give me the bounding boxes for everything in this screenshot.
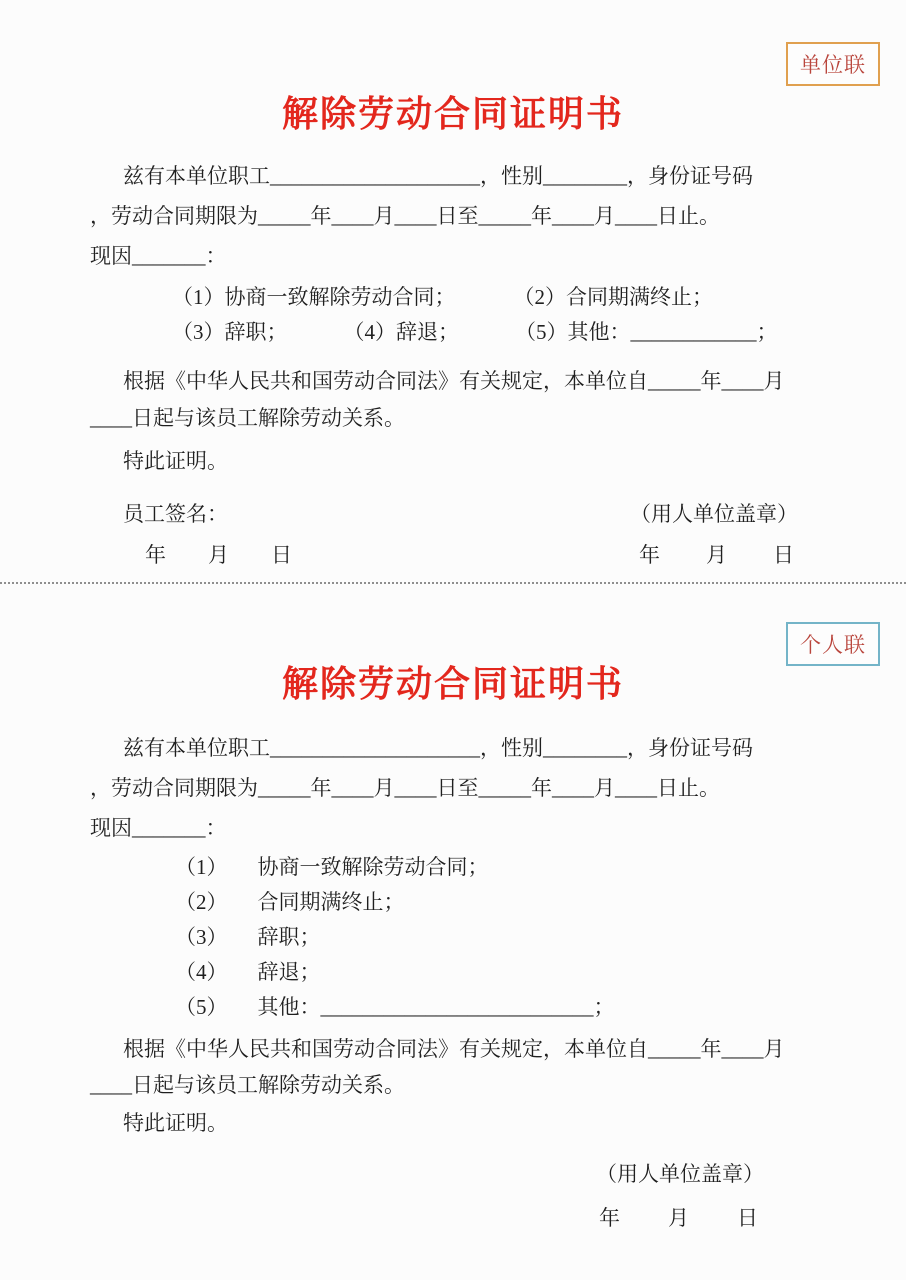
personal-reason-list: （1） 协商一致解除劳动合同； （2） 合同期满终止； （3） 辞职； （4） … — [175, 850, 816, 1025]
unit-copy-title: 解除劳动合同证明书 — [0, 86, 906, 137]
personal-legal-paragraph: 根据《中华人民共和国劳动合同法》有关规定，本单位自_____年____月 ___… — [90, 1031, 816, 1103]
unit-reason-label: 现因_______： — [90, 236, 816, 276]
reason-marker: （5） — [175, 990, 228, 1025]
personal-legal-line-1: 根据《中华人民共和国劳动合同法》有关规定，本单位自_____年____月 — [90, 1031, 816, 1067]
unit-employer-date: 年 月 日 — [593, 537, 794, 573]
personal-reason-label: 现因_______： — [90, 808, 816, 848]
personal-reason-2: （2） 合同期满终止； — [175, 885, 816, 920]
date-month-label: 月 — [706, 537, 727, 573]
unit-certify-line: 特此证明。 — [90, 441, 816, 481]
employee-signature-label: 员工签名： — [123, 496, 228, 532]
unit-reason-1: （1）协商一致解除劳动合同； — [172, 280, 456, 315]
date-year-label: 年 — [639, 537, 660, 573]
date-month-label: 月 — [668, 1199, 689, 1237]
date-day-label: 日 — [773, 537, 794, 573]
personal-employer-date: 年 月 日 — [90, 1199, 816, 1237]
unit-legal-line-1: 根据《中华人民共和国劳动合同法》有关规定，本单位自_____年____月 — [90, 363, 816, 400]
personal-copy-body: 兹有本单位职工____________________，性别________，身… — [90, 728, 816, 1237]
unit-reason-row-2: （3）辞职； （4）辞退； （5）其他：____________； — [172, 315, 816, 350]
unit-legal-paragraph: 根据《中华人民共和国劳动合同法》有关规定，本单位自_____年____月 ___… — [90, 363, 816, 437]
personal-certify-line: 特此证明。 — [90, 1103, 816, 1143]
unit-reason-4: （4）辞退； — [344, 315, 460, 350]
unit-employer-seal-label: （用人单位盖章） — [630, 496, 798, 532]
reason-marker: （4） — [175, 955, 228, 990]
unit-copy-badge: 单位联 — [786, 42, 880, 86]
date-day-label: 日 — [737, 1199, 758, 1237]
unit-reason-2: （2）合同期满终止； — [514, 280, 714, 315]
reason-text: 协商一致解除劳动合同； — [258, 850, 489, 885]
personal-reason-4: （4） 辞退； — [175, 955, 816, 990]
unit-date-row: 年 月 日 年 月 日 — [90, 537, 816, 573]
unit-copy-body: 兹有本单位职工____________________，性别________，身… — [90, 156, 816, 573]
date-day-label: 日 — [271, 537, 292, 573]
personal-reason-1: （1） 协商一致解除劳动合同； — [175, 850, 816, 885]
personal-reason-5: （5） 其他：__________________________； — [175, 990, 816, 1025]
unit-intro-line-2: ，劳动合同期限为_____年____月____日至_____年____月____… — [90, 196, 816, 236]
unit-signature-row: 员工签名： （用人单位盖章） — [90, 496, 816, 532]
personal-copy-title: 解除劳动合同证明书 — [0, 656, 906, 707]
unit-intro-line-1: 兹有本单位职工____________________，性别________，身… — [90, 156, 816, 196]
unit-employee-date: 年 月 日 — [145, 537, 334, 573]
unit-legal-line-2: ____日起与该员工解除劳动关系。 — [90, 400, 816, 437]
reason-marker: （3） — [175, 920, 228, 955]
personal-intro-line-1: 兹有本单位职工____________________，性别________，身… — [90, 728, 816, 768]
date-month-label: 月 — [208, 537, 229, 573]
termination-certificate-sheet: 单位联 解除劳动合同证明书 兹有本单位职工___________________… — [0, 0, 906, 1280]
unit-reason-5: （5）其他：____________； — [515, 315, 778, 350]
unit-reason-3: （3）辞职； — [172, 315, 288, 350]
reason-text: 其他：__________________________； — [258, 990, 615, 1025]
personal-legal-line-2: ____日起与该员工解除劳动关系。 — [90, 1067, 816, 1103]
reason-marker: （1） — [175, 850, 228, 885]
perforation-divider — [0, 582, 906, 584]
date-year-label: 年 — [599, 1199, 620, 1237]
reason-text: 辞职； — [258, 920, 321, 955]
personal-employer-seal-label: （用人单位盖章） — [90, 1155, 816, 1193]
date-year-label: 年 — [145, 537, 166, 573]
reason-marker: （2） — [175, 885, 228, 920]
personal-intro-line-2: ，劳动合同期限为_____年____月____日至_____年____月____… — [90, 768, 816, 808]
unit-reason-row-1: （1）协商一致解除劳动合同； （2）合同期满终止； — [172, 280, 816, 315]
reason-text: 辞退； — [258, 955, 321, 990]
personal-reason-3: （3） 辞职； — [175, 920, 816, 955]
reason-text: 合同期满终止； — [258, 885, 405, 920]
